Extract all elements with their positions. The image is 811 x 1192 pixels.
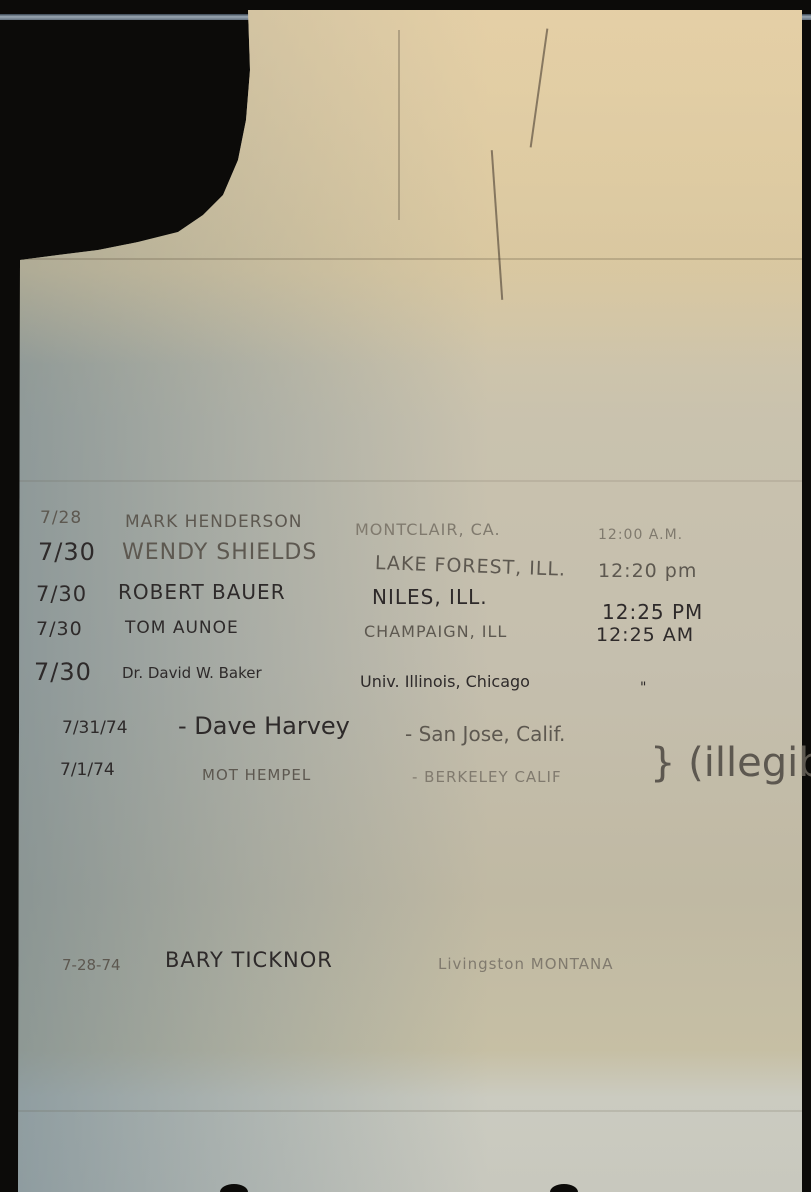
log-entry-date: 7/30 — [38, 538, 96, 566]
log-entry-time: 12:00 A.M. — [598, 527, 683, 543]
log-entry-place: - San Jose, Calif. — [405, 722, 565, 746]
log-entry-time: 12:25 PM — [602, 600, 703, 624]
log-entry-time: " — [640, 680, 647, 696]
paper-fold — [18, 480, 802, 482]
paper-crack — [398, 30, 400, 220]
log-entry-date: 7/30 — [34, 658, 92, 686]
log-entry-name: MOT HEMPEL — [202, 766, 311, 784]
log-entry-name: - Dave Harvey — [178, 712, 350, 740]
log-entry-place: - BERKELEY CALIF — [412, 768, 562, 786]
torn-hole — [220, 1184, 248, 1192]
log-entry-date: 7/30 — [36, 582, 87, 606]
log-entry-name: ROBERT BAUER — [118, 580, 286, 604]
log-entry-name: TOM AUNOE — [125, 618, 239, 638]
paper-fold — [18, 258, 802, 260]
paper-crack — [530, 28, 549, 147]
log-entry-name: MARK HENDERSON — [125, 512, 302, 532]
log-entry-place: MONTCLAIR, CA. — [355, 520, 501, 539]
torn-hole — [550, 1184, 578, 1192]
log-entry-date: 7-28-74 — [62, 956, 121, 974]
log-entry-date: 7/28 — [40, 508, 82, 528]
log-entry-time: 12:20 pm — [598, 560, 697, 582]
log-entry-place: Livingston MONTANA — [438, 955, 613, 973]
log-entry-place: CHAMPAIGN, ILL — [364, 622, 507, 641]
log-entry-place: Univ. Illinois, Chicago — [360, 672, 530, 691]
log-entry-date: 7/1/74 — [60, 760, 115, 780]
log-entry-date: 7/31/74 — [62, 718, 128, 738]
paper-fold — [18, 1110, 802, 1112]
log-entry-date: 7/30 — [36, 618, 83, 640]
log-entry-name: Dr. David W. Baker — [122, 664, 262, 682]
paper-crack — [491, 150, 503, 300]
log-entry-time: 12:25 AM — [596, 624, 694, 646]
bracket-note: } (illegible) — [650, 740, 811, 786]
log-entry-place: NILES, ILL. — [372, 585, 488, 609]
log-entry-name: BARY TICKNOR — [165, 948, 333, 972]
log-entry-name: WENDY SHIELDS — [122, 540, 317, 565]
